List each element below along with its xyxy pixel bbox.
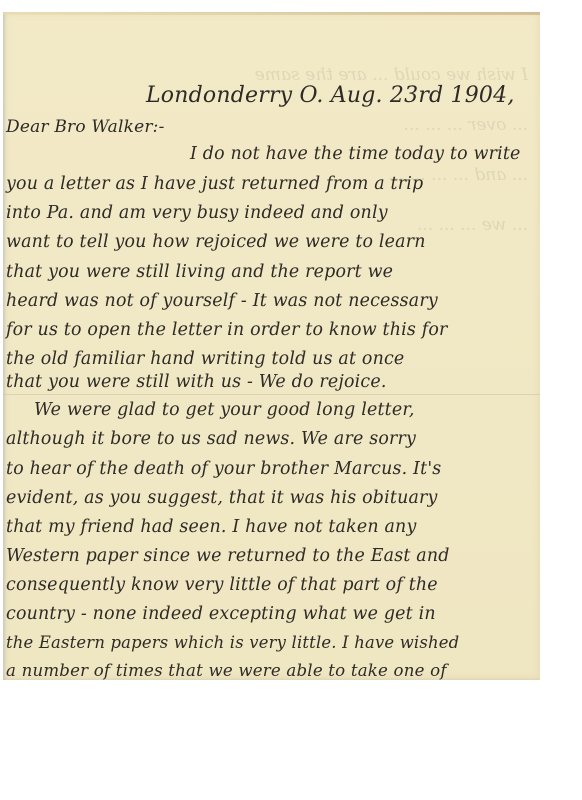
letter-heading: Londonderry O. Aug. 23rd 1904, [146, 83, 515, 108]
letter-line: that you were still with us - We do rejo… [6, 372, 387, 392]
letter-line: want to tell you how rejoiced we were to… [6, 232, 426, 252]
letter-line: evident, as you suggest, that it was his… [6, 488, 438, 508]
letter-line: the old familiar hand writing told us at… [6, 349, 404, 369]
letter-line: heard was not of yourself - It was not n… [6, 291, 438, 311]
letter-line: We were glad to get your good long lette… [34, 400, 415, 420]
letter-line: to hear of the death of your brother Mar… [6, 459, 441, 479]
letter-line: Western paper since we returned to the E… [6, 546, 450, 566]
paper-fold-crease [3, 394, 540, 395]
letter-line: although it bore to us sad news. We are … [6, 429, 416, 449]
letter-line: for us to open the letter in order to kn… [6, 320, 448, 340]
letter-line: consequently know very little of that pa… [6, 575, 438, 595]
letter-line: the Eastern papers which is very little.… [6, 633, 459, 652]
letter-line: a number of times that we were able to t… [6, 661, 447, 680]
letter-line: country - none indeed excepting what we … [6, 604, 436, 624]
letter-line: that my friend had seen. I have not take… [6, 517, 416, 537]
letter-line: I do not have the time today to write [190, 144, 521, 164]
letter-salutation: Dear Bro Walker:- [6, 117, 165, 137]
letter-line: into Pa. and am very busy indeed and onl… [6, 203, 388, 223]
letter-line: you a letter as I have just returned fro… [6, 174, 423, 194]
letter-line: that you were still living and the repor… [6, 262, 393, 282]
